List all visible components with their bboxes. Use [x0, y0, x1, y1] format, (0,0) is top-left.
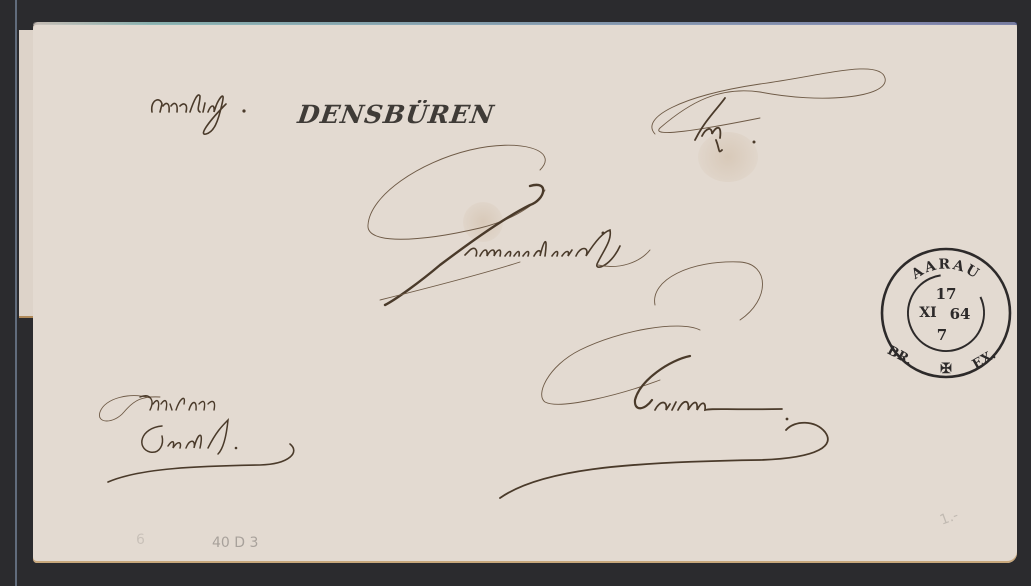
- datestamp-town: AARAU: [908, 257, 983, 284]
- datestamp-year: 64: [950, 305, 971, 323]
- datestamp-month: XI: [919, 305, 936, 321]
- manuscript-addressee: [368, 145, 650, 305]
- manuscript-flourish: [655, 262, 763, 320]
- circular-datestamp: AARAU 17 XI 64 7 BR. ✠ EX.: [882, 249, 1010, 377]
- manuscript-destination: [500, 326, 828, 498]
- datestamp-day: 17: [936, 285, 957, 303]
- handwriting-layer: AARAU 17 XI 64 7 BR. ✠ EX.: [0, 0, 1031, 586]
- pencil-note-left: 6: [136, 532, 145, 548]
- datestamp-hour: 7: [937, 326, 947, 344]
- manuscript-top-left-note: [152, 95, 246, 134]
- svg-text:AARAU: AARAU: [908, 257, 983, 284]
- cross-ornament-icon: ✠: [940, 361, 952, 377]
- manuscript-salutation: [652, 69, 885, 152]
- pencil-note-catalogue: 40 D 3: [212, 535, 258, 551]
- datestamp-bottom-right: EX.: [970, 347, 999, 372]
- manuscript-sender: [99, 396, 293, 482]
